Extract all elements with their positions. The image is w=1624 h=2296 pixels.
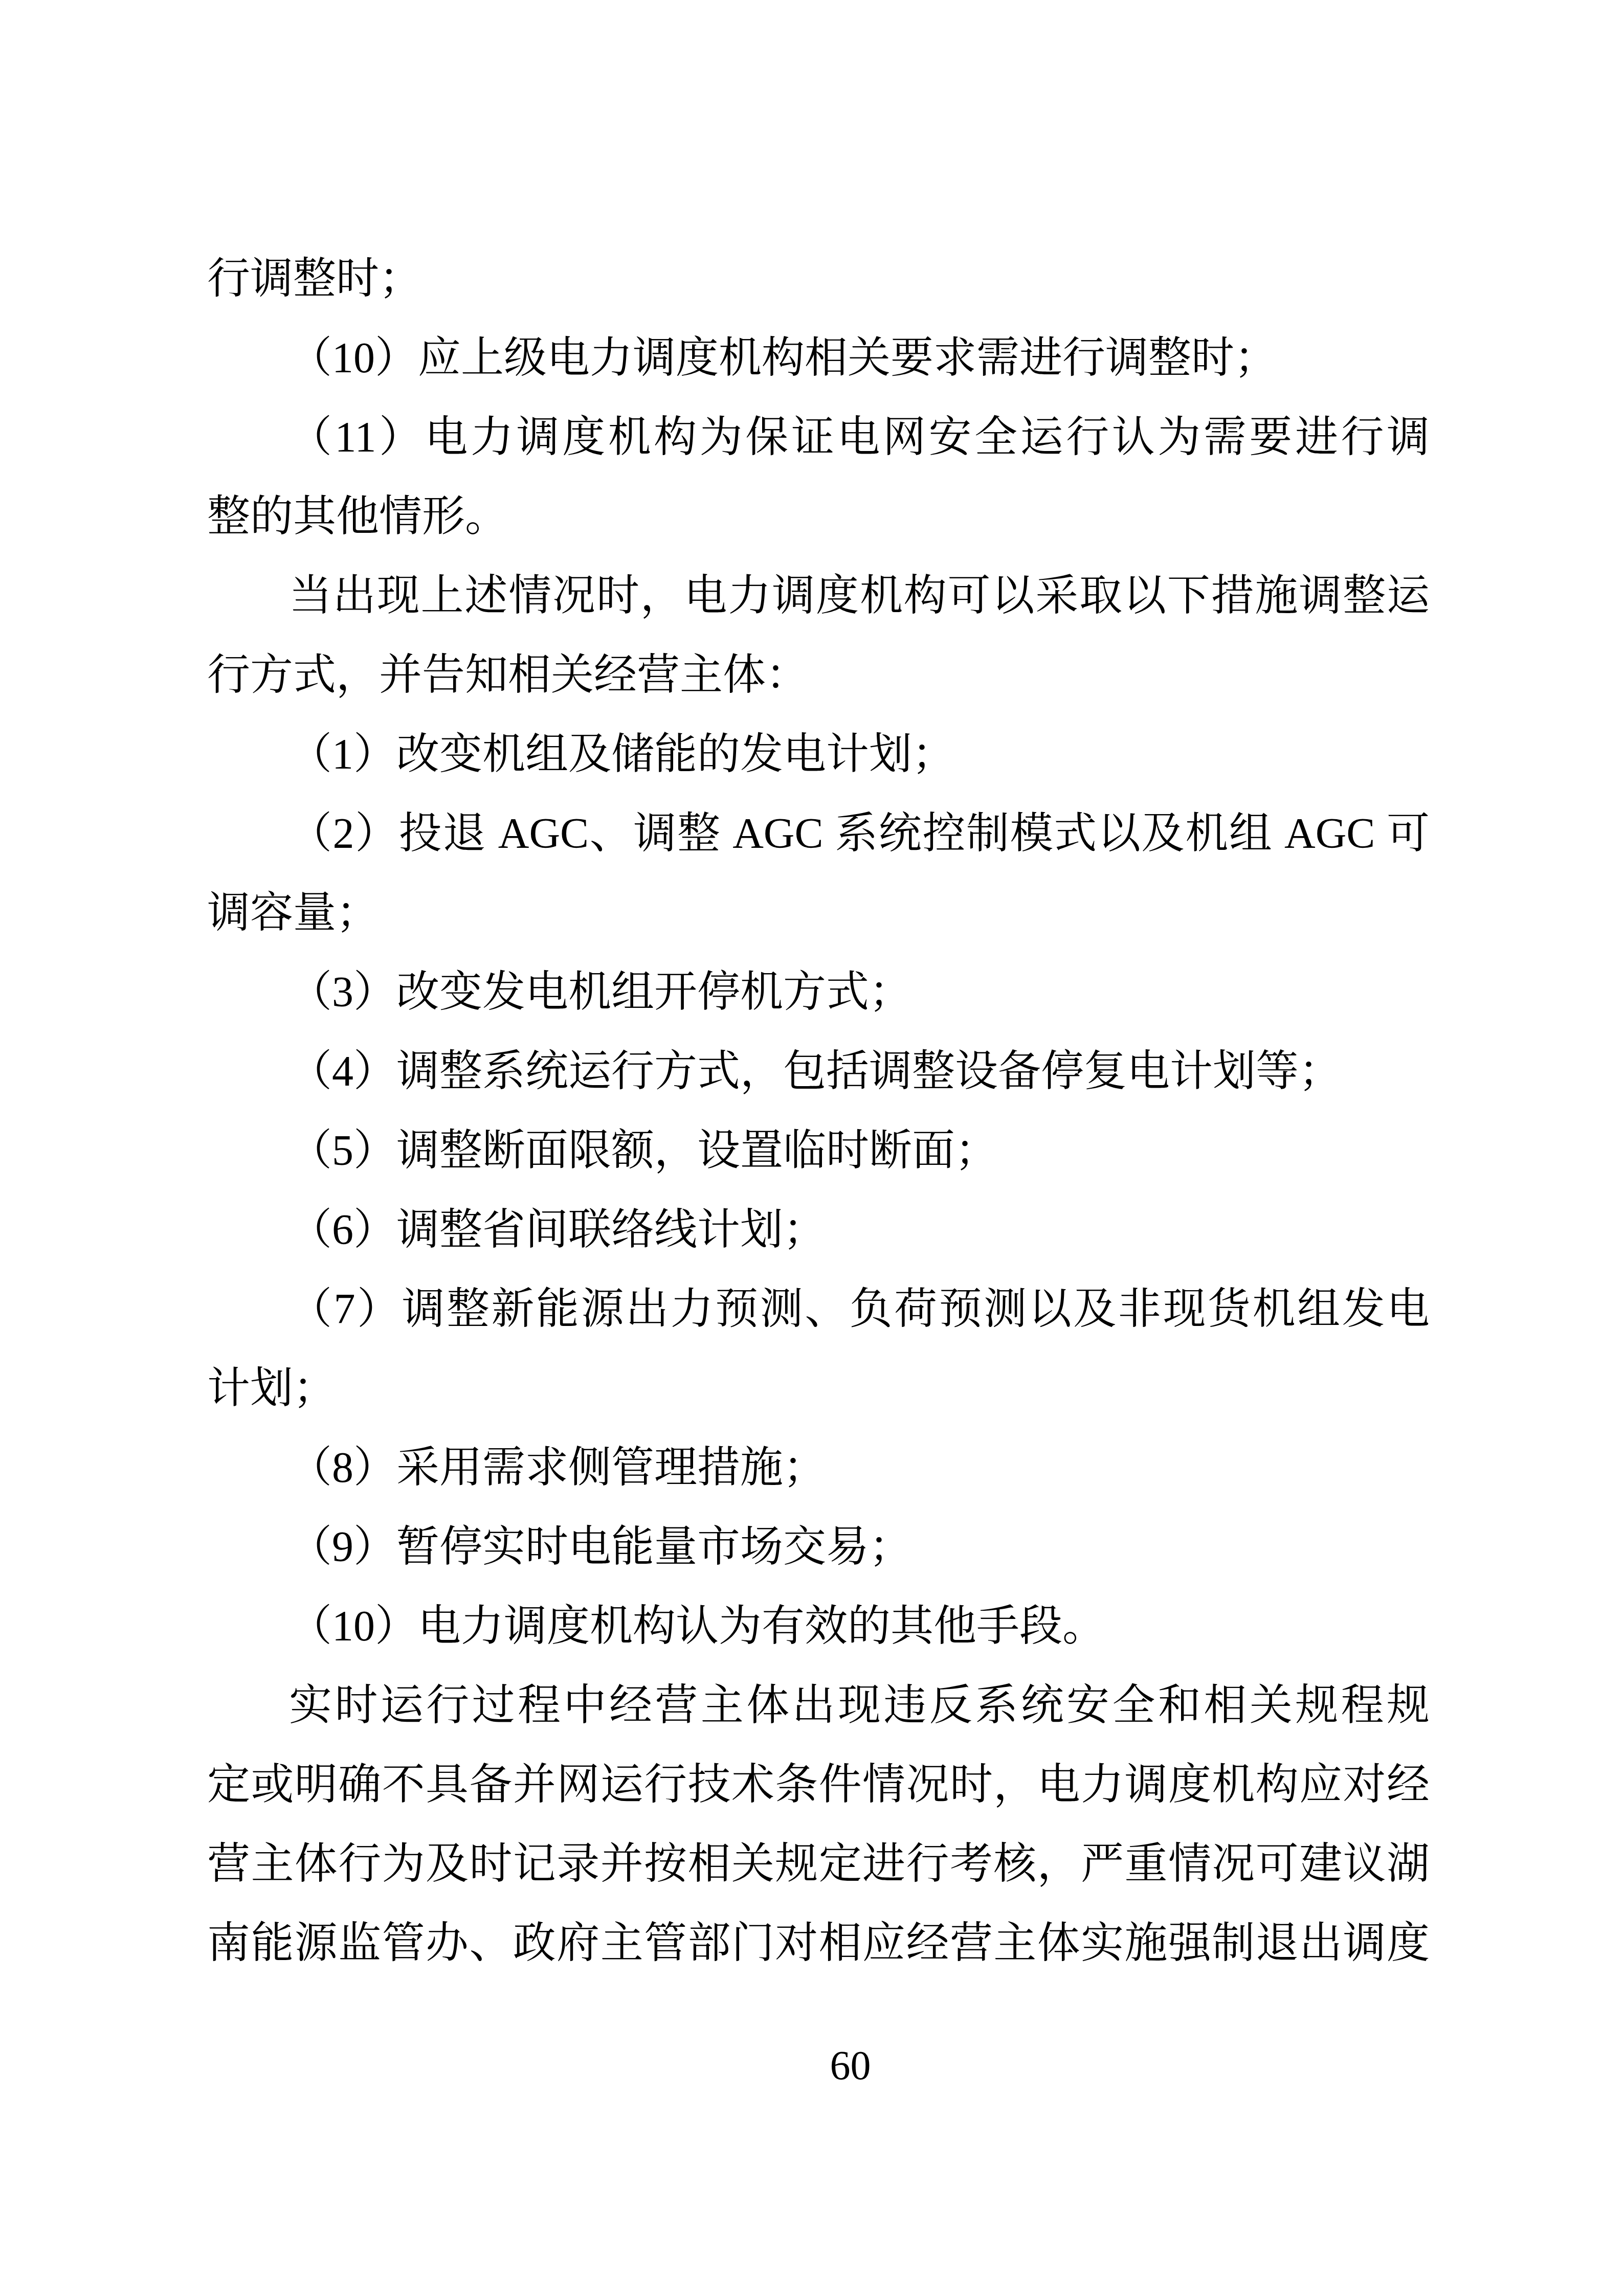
text-line: （4）调整系统运行方式，包括调整设备停复电计划等； [207,1032,1430,1111]
text-line: 行方式，并告知相关经营主体： [207,636,1430,715]
document-body-text: 行调整时； （10）应上级电力调度机构相关要求需进行调整时； （11）电力调度机… [207,239,1430,1983]
text-line: （7）调整新能源出力预测、负荷预测以及非现货机组发电 [207,1270,1430,1349]
text-line: （5）调整断面限额，设置临时断面； [207,1111,1430,1190]
text-line: （10）电力调度机构认为有效的其他手段。 [207,1587,1430,1666]
text-line: 定或明确不具备并网运行技术条件情况时，电力调度机构应对经 [207,1745,1430,1825]
text-line: （2）投退 AGC、调整 AGC 系统控制模式以及机组 AGC 可 [207,794,1430,873]
text-line: （11）电力调度机构为保证电网安全运行认为需要进行调 [207,398,1430,477]
text-line: （3）改变发电机组开停机方式； [207,953,1430,1032]
text-line: 调容量； [207,873,1430,953]
text-line: 整的其他情形。 [207,477,1430,556]
text-line: （9）暂停实时电能量市场交易； [207,1507,1430,1587]
text-line: 实时运行过程中经营主体出现违反系统安全和相关规程规 [207,1666,1430,1745]
text-line: （8）采用需求侧管理措施； [207,1428,1430,1507]
text-line: 计划； [207,1349,1430,1428]
text-line: （6）调整省间联络线计划； [207,1190,1430,1270]
page-number: 60 [0,2043,1624,2089]
text-line: 当出现上述情况时，电力调度机构可以采取以下措施调整运 [207,556,1430,636]
text-line: （1）改变机组及储能的发电计划； [207,715,1430,794]
text-line: 行调整时； [207,239,1430,319]
text-line: 营主体行为及时记录并按相关规定进行考核，严重情况可建议湖 [207,1825,1430,1904]
text-line: 南能源监管办、政府主管部门对相应经营主体实施强制退出调度 [207,1904,1430,1983]
text-line: （10）应上级电力调度机构相关要求需进行调整时； [207,319,1430,398]
document-page: 行调整时； （10）应上级电力调度机构相关要求需进行调整时； （11）电力调度机… [0,0,1624,2296]
